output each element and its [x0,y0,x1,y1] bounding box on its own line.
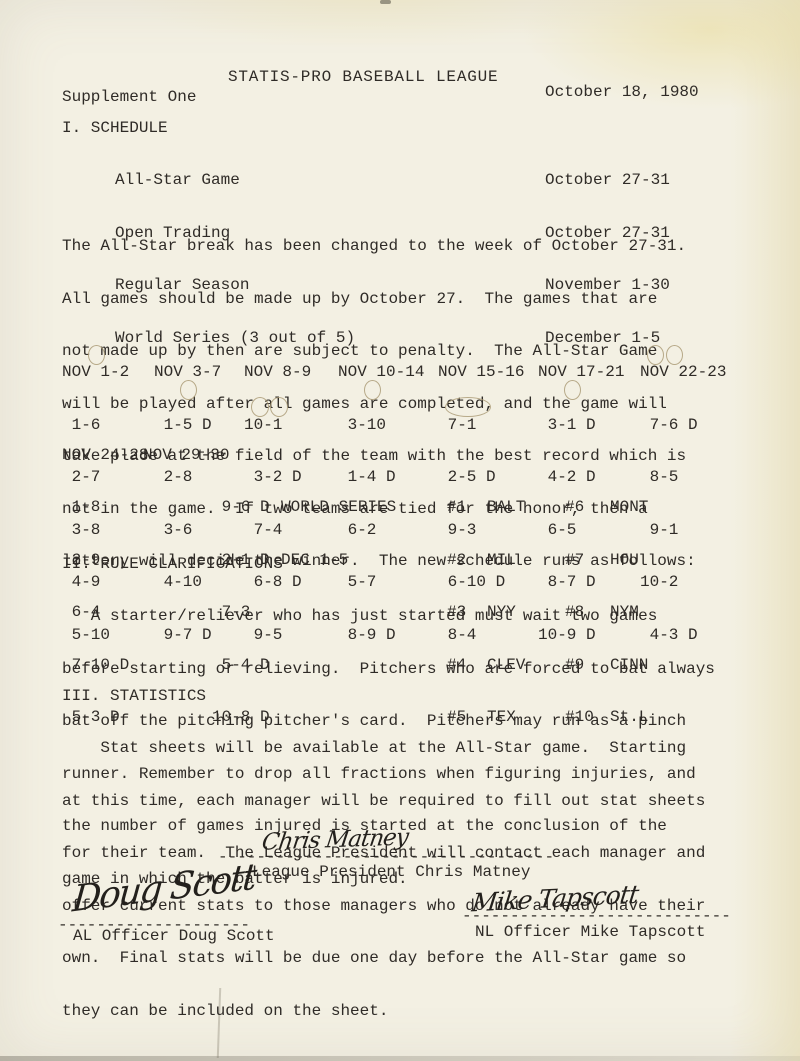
signature-label-president: League President Chris Matney [252,864,530,882]
section-heading-statistics: III. STATISTICS [62,688,206,706]
paragraph-line: they can be included on the sheet. [62,1003,705,1021]
schedule-item-value: October 27-31 [545,172,670,190]
team-number: #6 [565,499,603,517]
game-cell: 7-1 [438,417,538,435]
week-column-header: NOV 1-2 [62,364,154,382]
signature-label-al: AL Officer Doug Scott [73,928,275,946]
team-number: #7 [565,552,603,570]
late-column-header: NOV 29-30 [143,447,229,465]
game-cell: 1-5 D [154,417,244,435]
game-cell: 7-6 D [640,417,760,435]
game-cell: 3-10 [338,417,438,435]
week-column-header: NOV 3-7 [154,364,244,382]
paragraph-line: A starter/reliever who has just started … [62,608,715,626]
world-series-line: DEC 1-5 [281,552,396,570]
game-cell: 1-6 [62,417,154,435]
paper-stain [120,0,620,50]
scan-speck [380,0,391,4]
paragraph-line: Stat sheets will be available at the All… [62,740,705,758]
section-heading-schedule: I. SCHEDULE [62,120,168,138]
team-name: MIL [487,552,525,570]
paragraph-line: All games should be made up by October 2… [62,291,696,309]
paragraph-line: before starting or relieving. Pitchers w… [62,661,715,679]
supplement-label: Supplement One [62,89,196,107]
section-heading-rules: II. RULE CLARIFICATIONS [62,556,283,574]
world-series-line: WORLD SERIES [281,499,396,517]
team-number: #2 [447,552,485,570]
signature-label-nl: NL Officer Mike Tapscott [475,924,705,942]
game-cell: 9-1 [640,522,760,540]
week-column-header: NOV 10-14 [338,364,438,382]
week-column-header: NOV 8-9 [244,364,338,382]
game-cell: 10-1 [244,417,338,435]
paragraph-line: own. Final stats will be due one day bef… [62,950,705,968]
scanned-document-page: STATIS-PRO BASEBALL LEAGUE Supplement On… [0,0,800,1061]
document-date: October 18, 1980 [545,84,699,102]
week-column-header: NOV 17-21 [538,364,640,382]
late-column-header: NOV 24-28 [62,447,148,465]
schedule-item-label: All-Star Game [115,172,355,190]
paragraph-line: at this time, each manager will be requi… [62,793,705,811]
signature-chris-matney: Chris Matney [260,824,409,855]
scan-edge [0,1056,800,1061]
game-cell: 8-5 [640,469,760,487]
team-name: HOU [610,552,648,570]
week-column-header: NOV 22-23 [640,364,760,382]
game-cell: 1-8 [62,499,129,517]
game-cell: 3-1 D [538,417,640,435]
team-name: BALT [487,499,525,517]
document-title: STATIS-PRO BASEBALL LEAGUE [228,69,498,87]
week-column-header: NOV 15-16 [438,364,538,382]
team-name: MONT [610,499,648,517]
game-cell: 9-6 D [212,499,270,517]
paragraph-line: The All-Star break has been changed to t… [62,238,696,256]
team-number: #1 [447,499,485,517]
